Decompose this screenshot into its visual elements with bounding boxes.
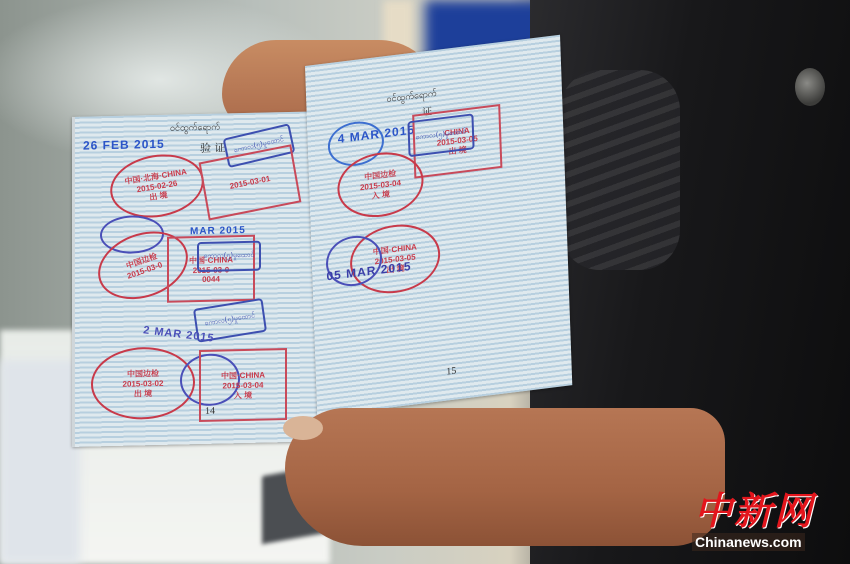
stamp-text: ကောလ(၅)မှုထောင် xyxy=(204,311,256,329)
stamp-code: 入 境 xyxy=(372,188,391,201)
stamp-code: 出 境 xyxy=(149,189,169,203)
passport-page-left: ဝင်ထွက်ရောက် 26 FEB 2015 验 证 ကောလ(၅)မှုထ… xyxy=(72,111,329,447)
photo-scene: ဝင်ထွက်ရောက် 26 FEB 2015 验 证 ကောလ(၅)မှုထ… xyxy=(0,0,850,564)
thumbnail xyxy=(283,416,323,440)
page-header-chinese: 验 证 xyxy=(200,139,226,156)
stamp-code: 出 境 xyxy=(134,388,152,399)
oval-entry-stamp: 中国·北海·CHINA 2015-02-26 出 境 xyxy=(106,148,208,224)
stamp-text: ကောလ(၅)မှုထောင် xyxy=(415,127,466,143)
lower-hand xyxy=(285,408,725,546)
passport-page-right: ဝင်ထွက်ရောက် 证 4 MAR 2015 CHINA 2015-03-… xyxy=(305,35,572,417)
watermark-logo-chinese: 中新网 xyxy=(694,480,814,535)
page-number: 15 xyxy=(446,365,456,377)
blue-box-stamp: ကောလ(၅)မှုထောင် xyxy=(197,241,261,272)
stamp-date: 2015-03-04 xyxy=(223,380,264,390)
stamp-date: 2015-03-02 xyxy=(123,378,164,388)
page-header-myanmar: ဝင်ထွက်ရောက် xyxy=(170,122,220,136)
passport-booklet: ဝင်ထွက်ရောက် 26 FEB 2015 验 证 ကောလ(၅)မှုထ… xyxy=(70,66,560,446)
stamp-text: ကောလ(၅)မှုထောင် xyxy=(204,251,255,262)
sleeve-stripes xyxy=(560,70,680,270)
stamp-date: 2015-03-01 xyxy=(229,174,271,191)
stamp-code: 入 境 xyxy=(234,389,252,400)
watermark-logo-english: Chinanews.com xyxy=(692,533,805,551)
jacket-button xyxy=(795,68,825,106)
background-blur xyxy=(0,360,80,564)
stamp-header: 中国边检 xyxy=(127,367,159,379)
page-number: 14 xyxy=(205,406,215,417)
stamp-code: 0044 xyxy=(202,274,220,283)
date-stamp: 26 FEB 2015 xyxy=(83,137,165,153)
